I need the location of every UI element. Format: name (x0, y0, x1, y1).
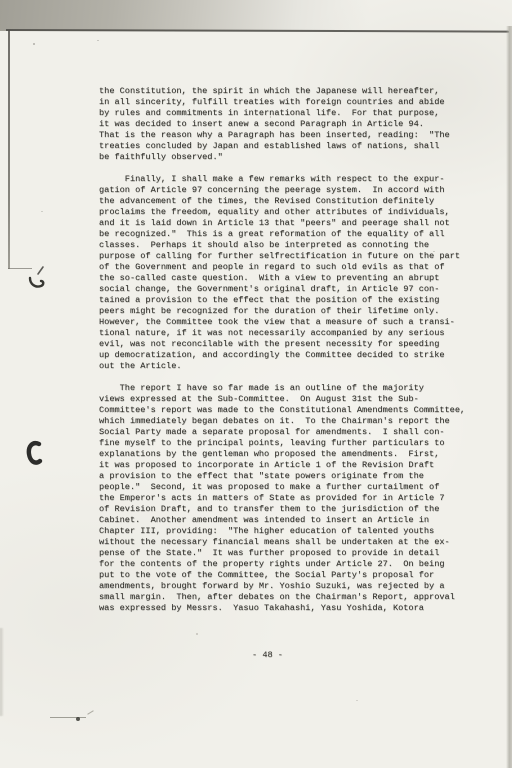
scan-frame-line-top (6, 29, 509, 32)
dust-speck (270, 116, 271, 118)
dust-speck (433, 251, 435, 252)
paragraph-subcommittee-report: The report I have so far made is an outl… (99, 383, 499, 614)
pencil-smudge-line (50, 717, 86, 718)
pencil-smudge-tick (87, 710, 93, 715)
dust-speck (196, 633, 198, 635)
dust-speck (356, 700, 358, 701)
scan-smudge-left (0, 628, 4, 716)
dust-speck (97, 40, 99, 41)
dust-speck (33, 43, 35, 45)
scan-edge-right (506, 26, 512, 768)
squiggle-mark-icon (22, 264, 50, 294)
scan-frame-line-left (8, 30, 10, 269)
paragraph-treaties: the Constitution, the spirit in which th… (99, 86, 499, 163)
page-number: - 48 - (252, 650, 283, 661)
ink-blot-icon (25, 440, 43, 468)
scan-shadow-top (0, 0, 512, 31)
pencil-smudge-dot (76, 717, 80, 721)
dust-speck (41, 211, 43, 212)
paragraph-peerage: Finally, I shall make a few remarks with… (99, 174, 499, 372)
scanned-page: the Constitution, the spirit in which th… (0, 0, 512, 768)
